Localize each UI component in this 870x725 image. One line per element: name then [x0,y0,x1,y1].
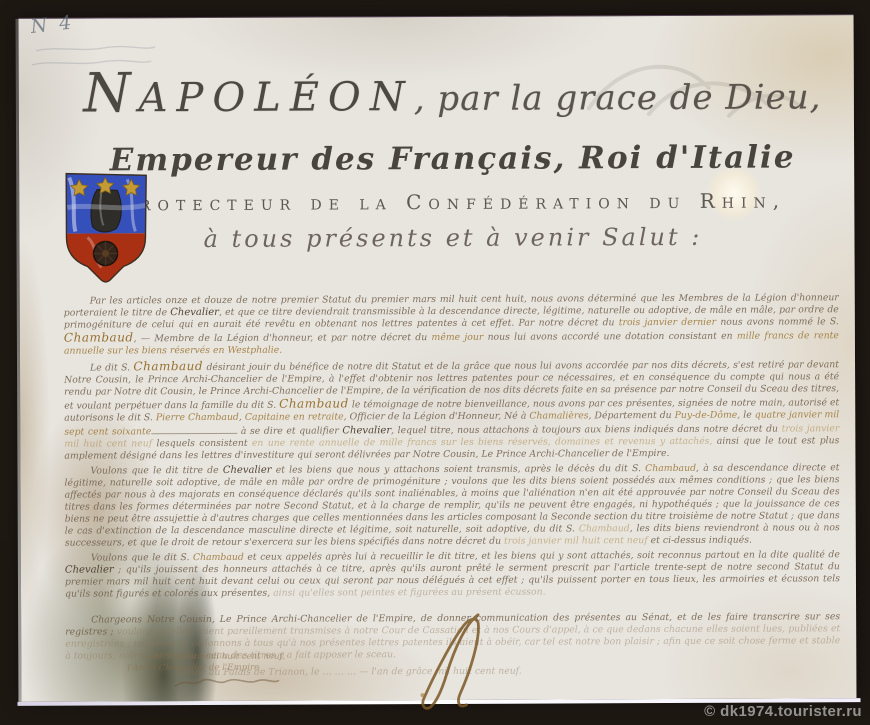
title-line-empereur: Empereur des Français, Roi d'Italie [59,140,846,177]
title-line-salut: à tous présents et à venir Salut : [59,222,846,253]
body-paragraph: Le dit S. Chambaud désirant jouir du bén… [64,357,839,462]
notation-line: l'Archi-Chancelier de l'Empire [127,662,401,674]
cuirass-icon [91,189,122,232]
napoleon-signature-flourish [406,609,496,714]
watermark: © dk1974.tourister.ru [704,703,862,721]
title-block: NAPOLÉON, par la grace de Dieu, Empereur… [59,63,847,253]
coat-of-arms [57,167,155,295]
body-paragraph: Par les articles onze et douze de notre … [64,292,839,357]
title-line-protecteur: Protecteur de la Confédération du Rhin, [59,188,846,215]
parchment-document: N 4 NAPOLÉON, par la grace de Dieu, Empe… [19,15,857,702]
corner-annotation: N 4 [30,12,76,37]
registry-notation: — de Trianon, mil huit cent neuf, l'Arch… [141,651,401,674]
title-initial: N [83,61,139,124]
body-paragraph: Voulons que le dit S. Chambaud et ceux a… [65,549,840,600]
body-paragraph: Voulons que le dit titre de Chevalier et… [64,462,839,549]
rosette-icon [93,241,117,265]
title-invocation: , par la grace de Dieu, [414,77,822,119]
title-line-napoleon: NAPOLÉON, par la grace de Dieu, [59,63,846,127]
framed-document-photo: N 4 NAPOLÉON, par la grace de Dieu, Empe… [0,0,870,725]
title-name: APOLÉON [139,74,414,121]
chancellor-signature-scribble [171,674,281,692]
